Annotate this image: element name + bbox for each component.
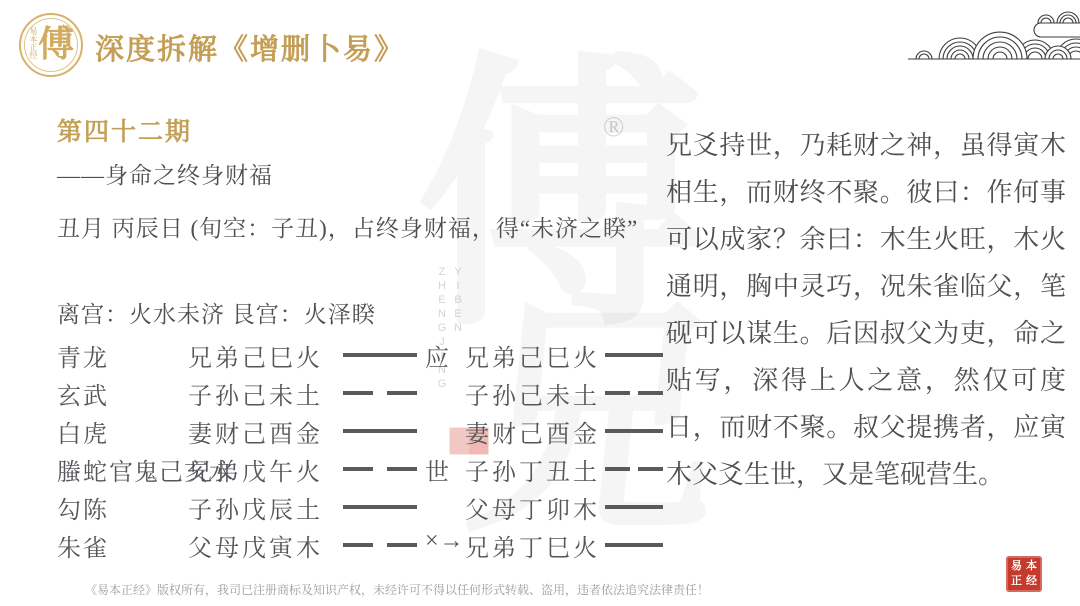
changed-yao-line <box>605 505 663 509</box>
main-hexagram-line-label: 兄弟戊午火 <box>188 452 323 487</box>
logo-right-text: 师兄 <box>59 24 72 44</box>
logo-left-text: 易本正经 <box>28 27 39 59</box>
changed-yao-line <box>605 429 663 433</box>
changed-hexagram-line-label: 子孙丁丑土 <box>465 452 600 487</box>
hexagram-row: 白虎 妻财己酉金 妻财己酉金 <box>57 412 682 450</box>
copyright-notice: 《易本正经》版权所有，我司已注册商标及知识产权，未经许可不得以任何形式转载、盗用… <box>85 581 709 598</box>
palace-header: 离宫：火水未济 艮宫：火泽睽 <box>57 296 376 329</box>
page-title: 深度拆解《增删卜易》 <box>95 27 405 68</box>
hexagram-table: 离宫：火水未济 艮宫：火泽睽 青龙 兄弟己巳火 应 兄弟己巳火 玄武 子孙己未土… <box>57 296 682 576</box>
main-hexagram-line-label: 子孙己未土 <box>188 376 323 411</box>
main-yao-line <box>343 467 417 471</box>
issue-number-heading: 第四十二期 <box>57 112 192 148</box>
yao-marker: 世 <box>425 452 450 487</box>
main-hexagram-line-label: 子孙戊辰土 <box>188 490 323 525</box>
hexagram-row: 螣蛇 官鬼己亥水 兄弟戊午火 世 子孙丁丑土 <box>57 450 682 488</box>
main-hexagram-line-label: 父母戊寅木 <box>188 528 323 563</box>
hexagram-row: 玄武 子孙己未土 子孙己未土 <box>57 374 682 412</box>
changed-yao-line <box>605 391 663 395</box>
main-yao-line <box>343 505 417 509</box>
seal-character: 本 <box>1026 560 1037 573</box>
changed-yao-line <box>605 353 663 357</box>
slide-page: { "colors": { "gold": "#c49e55", "text":… <box>0 0 1080 606</box>
six-spirit-label: 螣蛇 <box>57 452 109 487</box>
main-yao-line <box>343 429 417 433</box>
main-yao-line <box>343 391 417 395</box>
main-yao-line <box>343 353 417 357</box>
changed-hexagram-line-label: 子孙己未土 <box>465 376 600 411</box>
registered-trademark-icon: ® <box>603 112 624 144</box>
changed-hexagram-line-label: 妻财己酉金 <box>465 414 600 449</box>
cloud-tiny-left <box>916 51 932 59</box>
seal-character: 易 <box>1011 560 1022 573</box>
six-spirit-label: 青龙 <box>57 338 109 373</box>
six-spirit-label: 勾陈 <box>57 490 109 525</box>
changing-line-marker: ×→ <box>425 528 465 555</box>
hexagram-row: 朱雀 父母戊寅木 ×→ 兄弟丁巳火 <box>57 526 682 564</box>
changed-hexagram-line-label: 父母丁卯木 <box>465 490 600 525</box>
changed-hexagram-line-label: 兄弟己巳火 <box>465 338 600 373</box>
main-yao-line <box>343 543 417 547</box>
main-hexagram-line-label: 兄弟己巳火 <box>188 338 323 373</box>
brand-logo-seal: 傅 师兄 易本正经 <box>19 13 83 77</box>
commentary-paragraph: 兄爻持世，乃耗财之神，虽得寅木相生，而财终不聚。彼曰：作何事可以成家？余曰：木生… <box>666 122 1066 498</box>
issue-subtitle: ——身命之终身财福 <box>57 157 273 190</box>
changed-yao-line <box>605 543 663 547</box>
cloud-small-top <box>1038 12 1079 23</box>
six-spirit-label: 玄武 <box>57 376 109 411</box>
seal-character: 经 <box>1026 575 1037 588</box>
decorative-clouds-illustration <box>908 0 1080 72</box>
cloud-big-center <box>973 32 1027 59</box>
yao-marker: 应 <box>425 338 450 373</box>
changed-yao-line <box>605 467 663 471</box>
six-spirit-label: 白虎 <box>57 414 109 449</box>
divination-case-line: 丑月 丙辰日 (旬空：子丑)，占终身财福，得“未济之睽” <box>57 210 638 243</box>
company-red-seal: 易 本 正 经 <box>1006 556 1042 592</box>
seal-character: 正 <box>1011 575 1022 588</box>
changed-hexagram-line-label: 兄弟丁巳火 <box>465 528 600 563</box>
hexagram-row: 勾陈 子孙戊辰土 父母丁卯木 <box>57 488 682 526</box>
hexagram-row: 青龙 兄弟己巳火 应 兄弟己巳火 <box>57 336 682 374</box>
six-spirit-label: 朱雀 <box>57 528 109 563</box>
main-hexagram-line-label: 妻财己酉金 <box>188 414 323 449</box>
